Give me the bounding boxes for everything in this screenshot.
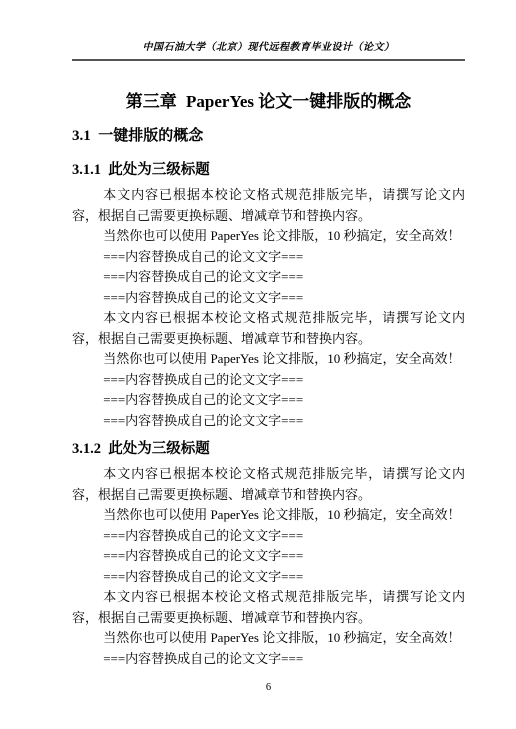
promo-paragraph: 当然你也可以使用 PaperYes 论文排版，10 秒搞定，安全高效！ (72, 226, 465, 247)
placeholder-line: ===内容替换成自己的论文文字=== (72, 390, 465, 411)
chapter-heading: 第三章PaperYes 论文一键排版的概念 (72, 92, 465, 112)
subsection-number: 3.1.2 (72, 441, 101, 457)
document-page: 中国石油大学（北京）现代远程教育毕业设计（论文） 第三章PaperYes 论文一… (0, 0, 516, 729)
running-head-title: 中国石油大学（北京）现代远程教育毕业设计（论文） (143, 42, 395, 53)
placeholder-line: ===内容替换成自己的论文文字=== (72, 526, 465, 547)
placeholder-line: ===内容替换成自己的论文文字=== (72, 546, 465, 567)
body-paragraph: 本文内容已根据本校论文格式规范排版完毕，请撰写论文内容，根据自己需要更换标题、增… (72, 464, 465, 505)
page-number: 6 (266, 682, 271, 693)
placeholder-line: ===内容替换成自己的论文文字=== (72, 288, 465, 309)
placeholder-line: ===内容替换成自己的论文文字=== (72, 267, 465, 288)
promo-paragraph: 当然你也可以使用 PaperYes 论文排版，10 秒搞定，安全高效！ (72, 505, 465, 526)
subsection-3-1-2: 3.1.2此处为三级标题 本文内容已根据本校论文格式规范排版完毕，请撰写论文内容… (72, 441, 465, 669)
page-header: 中国石油大学（北京）现代远程教育毕业设计（论文） (72, 37, 465, 61)
placeholder-line: ===内容替换成自己的论文文字=== (72, 370, 465, 391)
placeholder-line: ===内容替换成自己的论文文字=== (72, 411, 465, 432)
subsection-3-1-1: 3.1.1此处为三级标题 本文内容已根据本校论文格式规范排版完毕，请撰写论文内容… (72, 162, 465, 431)
subsection-title: 此处为三级标题 (108, 162, 210, 178)
promo-paragraph: 当然你也可以使用 PaperYes 论文排版，10 秒搞定，安全高效！ (72, 349, 465, 370)
promo-paragraph: 当然你也可以使用 PaperYes 论文排版，10 秒搞定，安全高效！ (72, 628, 465, 649)
section-heading: 3.1一键排版的概念 (72, 127, 465, 145)
subsection-number: 3.1.1 (72, 162, 101, 178)
chapter-title: PaperYes 论文一键排版的概念 (186, 92, 411, 111)
body-paragraph: 本文内容已根据本校论文格式规范排版完毕，请撰写论文内容，根据自己需要更换标题、增… (72, 587, 465, 628)
placeholder-line: ===内容替换成自己的论文文字=== (72, 649, 465, 670)
subsection-title: 此处为三级标题 (108, 441, 210, 457)
subsection-heading: 3.1.2此处为三级标题 (72, 441, 465, 458)
body-paragraph: 本文内容已根据本校论文格式规范排版完毕，请撰写论文内容，根据自己需要更换标题、增… (72, 185, 465, 226)
chapter-number: 第三章 (126, 92, 177, 111)
subsection-heading: 3.1.1此处为三级标题 (72, 162, 465, 179)
page-footer: 6 (72, 677, 465, 695)
section-title: 一键排版的概念 (98, 128, 203, 144)
placeholder-line: ===内容替换成自己的论文文字=== (72, 247, 465, 268)
body-paragraph: 本文内容已根据本校论文格式规范排版完毕，请撰写论文内容，根据自己需要更换标题、增… (72, 308, 465, 349)
section-number: 3.1 (72, 128, 91, 144)
placeholder-line: ===内容替换成自己的论文文字=== (72, 567, 465, 588)
